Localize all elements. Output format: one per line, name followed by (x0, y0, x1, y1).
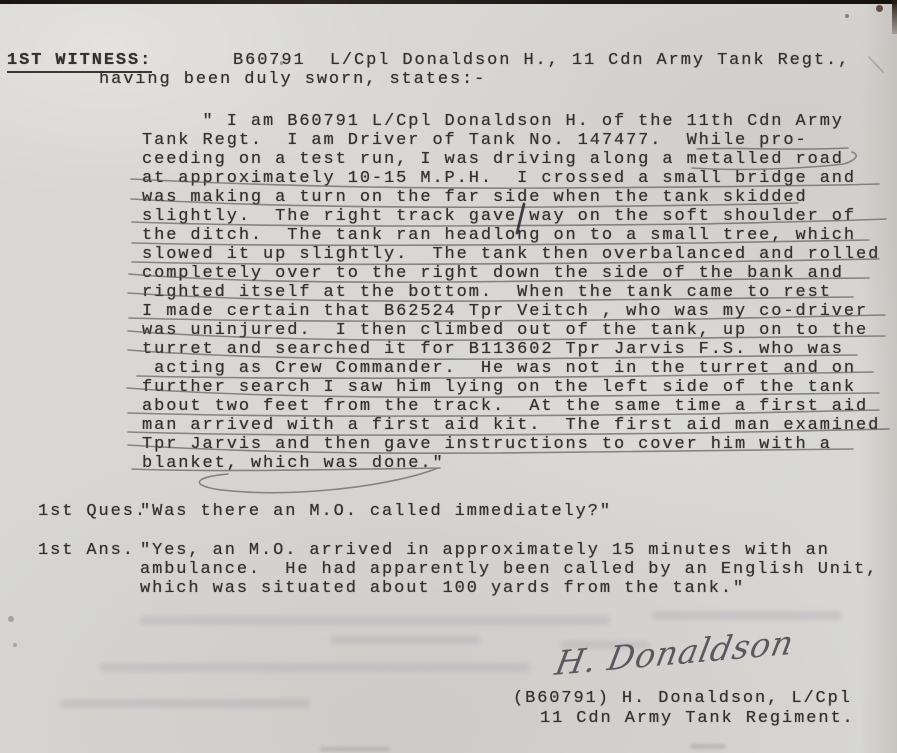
statement-line: further search I saw him lying on the le… (142, 378, 880, 397)
bottom-smudge (690, 744, 726, 749)
pencil-speck (8, 616, 14, 622)
bleedthrough-mark (652, 611, 842, 620)
question-text: "Was there an M.O. called immediately?" (140, 502, 612, 521)
answer-line: ambulance. He had apparently been called… (140, 560, 878, 579)
bottom-smudge (320, 747, 390, 751)
statement-line: Tank Regt. I am Driver of Tank No. 14747… (142, 131, 880, 150)
answer-label: 1st Ans. (38, 541, 135, 560)
witness-statement: " I am B60791 L/Cpl Donaldson H. of the … (142, 112, 880, 473)
statement-line: completely over to the right down the si… (142, 264, 880, 283)
witness-heading-line1: B60791 L/Cpl Donaldson H., 11 Cdn Army T… (233, 51, 850, 70)
statement-line: blanket, which was done." (142, 454, 880, 473)
handwritten-signature: H. Donaldson (552, 622, 798, 683)
statement-line: I made certain that B62524 Tpr Veitch , … (142, 302, 880, 321)
signature-typed-name: (B60791) H. Donaldson, L/Cpl (513, 689, 852, 708)
bleedthrough-mark (140, 616, 610, 625)
corner-stain (876, 5, 883, 12)
signature-typed-unit: 11 Cdn Army Tank Regiment. (540, 709, 855, 728)
statement-line: Tpr Jarvis and then gave instructions to… (142, 435, 880, 454)
scan-edge-top (0, 0, 897, 4)
pencil-speck (13, 643, 17, 647)
answer-line: "Yes, an M.O. arrived in approximately 1… (140, 541, 878, 560)
statement-line: at approximately 10-15 M.P.H. I crossed … (142, 169, 880, 188)
statement-line: slightly. The right track gave way on th… (142, 207, 880, 226)
witness-heading-line2: having been duly sworn, states:- (99, 70, 486, 89)
statement-line: about two feet from the track. At the sa… (142, 397, 880, 416)
statement-line: was making a turn on the far side when t… (142, 188, 880, 207)
statement-line: acting as Crew Commander. He was not in … (142, 359, 880, 378)
statement-line: ceeding on a test run, I was driving alo… (142, 150, 880, 169)
statement-line: " I am B60791 L/Cpl Donaldson H. of the … (142, 112, 880, 131)
statement-line: was uninjured. I then climbed out of the… (142, 321, 880, 340)
answer-text: "Yes, an M.O. arrived in approximately 1… (140, 541, 878, 598)
statement-line: righted itself at the bottom. When the t… (142, 283, 880, 302)
ink-speck (845, 14, 849, 18)
answer-line: which was situated about 100 yards from … (140, 579, 878, 598)
statement-line: turret and searched it for B113602 Tpr J… (142, 340, 880, 359)
question-label: 1st Ques. (38, 502, 147, 521)
statement-line: slowed it up slightly. The tank then ove… (142, 245, 880, 264)
statement-line: the ditch. The tank ran headlong on to a… (142, 226, 880, 245)
statement-line: man arrived with a first aid kit. The fi… (142, 416, 880, 435)
bleedthrough-mark (100, 663, 530, 672)
bleedthrough-mark (330, 636, 480, 644)
document-page: 1ST WITNESS: B60791 L/Cpl Donaldson H., … (0, 0, 897, 753)
scan-edge-right (892, 0, 897, 34)
bleedthrough-mark (60, 699, 310, 708)
